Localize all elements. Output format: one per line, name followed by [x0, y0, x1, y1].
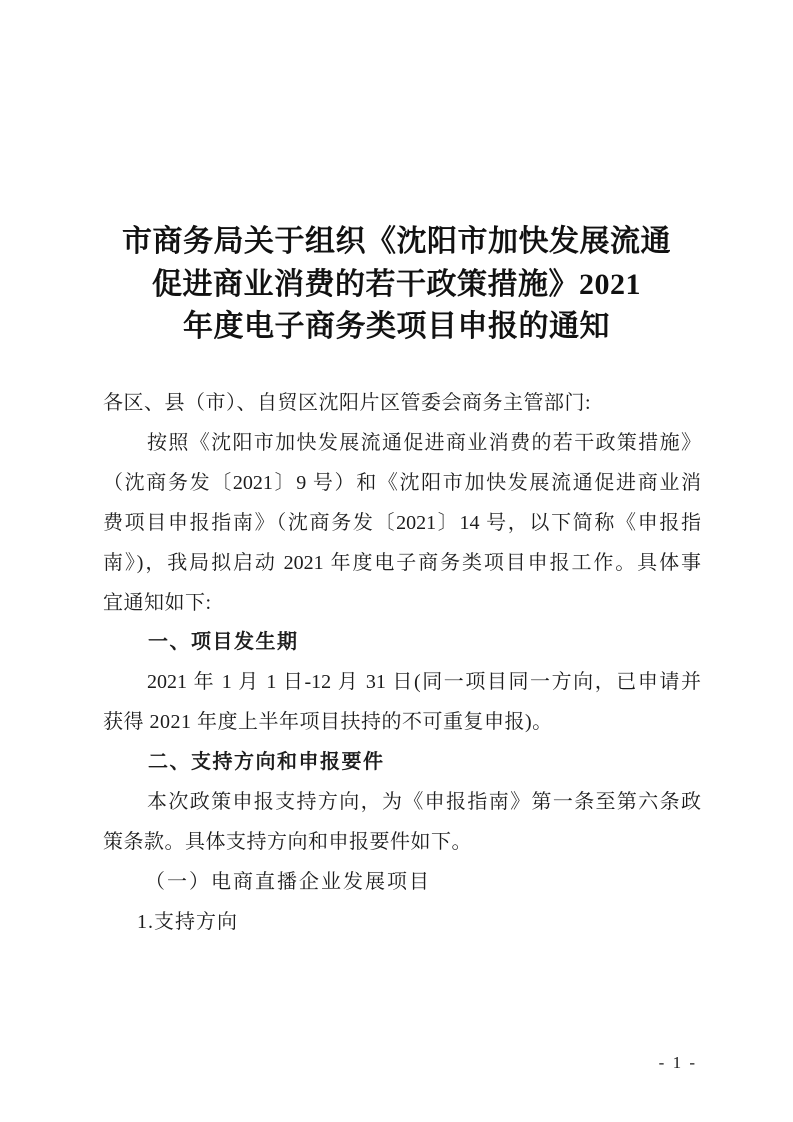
intro-paragraph-line-2: （沈商务发〔2021〕9 号）和《沈阳市加快发展流通促进商业消 [103, 464, 701, 504]
intro-paragraph-line-4: 南》)，我局拟启动 2021 年度电子商务类项目申报工作。具体事 [103, 544, 701, 584]
document-title: 市商务局关于组织《沈阳市加快发展流通 促进商业消费的若干政策措施》2021 年度… [0, 221, 793, 349]
section-1-paragraph-line-1: 2021 年 1 月 1 日-12 月 31 日(同一项目同一方向，已申请并 [103, 663, 701, 703]
page-number: - 1 - [659, 1053, 697, 1073]
section-2-paragraph-line-2: 策条款。具体支持方向和申报要件如下。 [103, 823, 701, 863]
document-page: 市商务局关于组织《沈阳市加快发展流通 促进商业消费的若干政策措施》2021 年度… [0, 0, 793, 1122]
intro-paragraph-line-1: 按照《沈阳市加快发展流通促进商业消费的若干政策措施》 [103, 424, 701, 464]
title-line-2: 促进商业消费的若干政策措施》2021 [0, 264, 793, 307]
section-1-heading: 一、项目发生期 [103, 623, 701, 663]
section-2-paragraph-line-1: 本次政策申报支持方向，为《申报指南》第一条至第六条政 [103, 783, 701, 823]
title-line-1: 市商务局关于组织《沈阳市加快发展流通 [0, 221, 793, 264]
support-direction-heading: 1.支持方向 [103, 903, 701, 943]
document-body: 各区、县（市）、自贸区沈阳片区管委会商务主管部门: 按照《沈阳市加快发展流通促进… [103, 384, 701, 943]
section-1-paragraph-line-2: 获得 2021 年度上半年项目扶持的不可重复申报)。 [103, 703, 701, 743]
intro-paragraph-line-5: 宜通知如下: [103, 584, 701, 624]
salutation-line: 各区、县（市）、自贸区沈阳片区管委会商务主管部门: [103, 384, 701, 424]
subsection-1-heading: （一）电商直播企业发展项目 [103, 863, 701, 903]
title-line-3: 年度电子商务类项目申报的通知 [0, 306, 793, 349]
section-2-heading: 二、支持方向和申报要件 [103, 743, 701, 783]
intro-paragraph-line-3: 费项目申报指南》（沈商务发〔2021〕14 号，以下简称《申报指 [103, 504, 701, 544]
